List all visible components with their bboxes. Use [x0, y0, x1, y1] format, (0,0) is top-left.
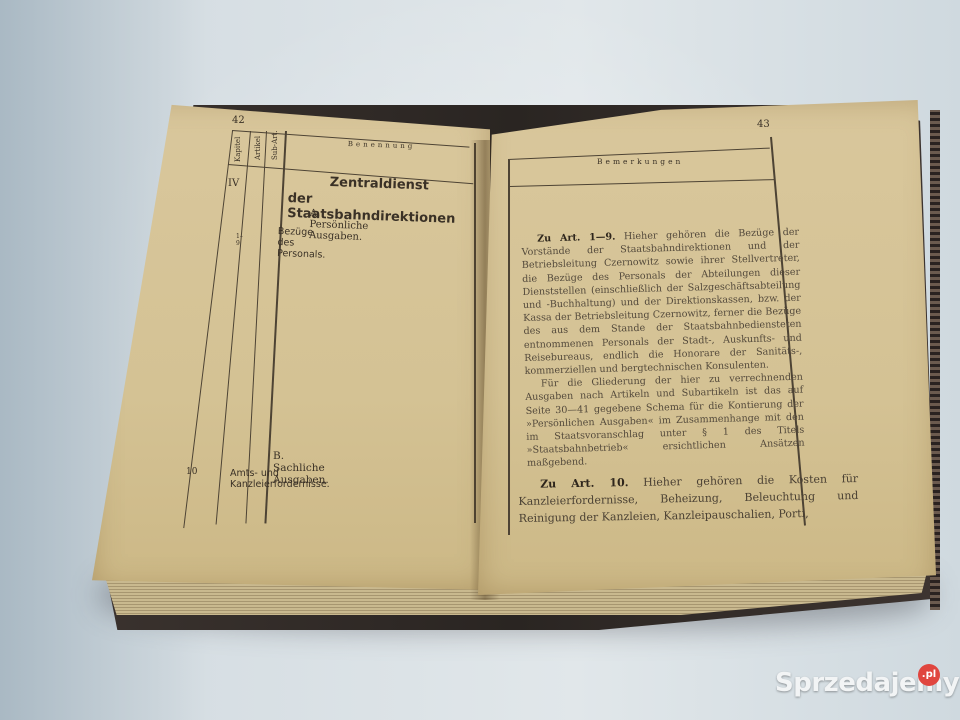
- remarks-left-rule: [508, 160, 510, 535]
- column-header-bemerkungen: Bemerkungen: [597, 157, 683, 166]
- remark-art-10-lead: Zu Art. 10.: [540, 476, 629, 491]
- col-label-kapitel: Kapitel: [234, 137, 242, 162]
- item-b-number: 10: [186, 467, 197, 477]
- item-a-label: Bezüge des Personals.: [277, 226, 326, 261]
- left-page-number: 42: [232, 115, 245, 126]
- remark-art-1-9: Zu Art. 1—9. Hieher gehören die Bezüge d…: [521, 226, 805, 471]
- remark-art-1-9-text: Hieher gehören die Bezüge der Vorstände …: [521, 227, 802, 377]
- col-label-artikel: Artikel: [254, 136, 262, 160]
- watermark-badge: .pl: [918, 664, 940, 686]
- col-label-subart: Sub-Art.: [271, 130, 279, 160]
- right-page-number: 43: [757, 119, 770, 130]
- remark-art-10: Zu Art. 10. Hieher gehören die Kosten fü…: [518, 470, 859, 527]
- remark-art-1-9-paragraph2: Für die Gliederung der hier zu verrechne…: [525, 371, 805, 471]
- remark-art-1-9-lead: Zu Art. 1—9.: [537, 232, 616, 245]
- chapter-number: IV: [228, 178, 239, 189]
- item-a-number: 1–9: [236, 233, 243, 247]
- item-b-label: Amts- und Kanzleierfordernisse.: [230, 468, 330, 490]
